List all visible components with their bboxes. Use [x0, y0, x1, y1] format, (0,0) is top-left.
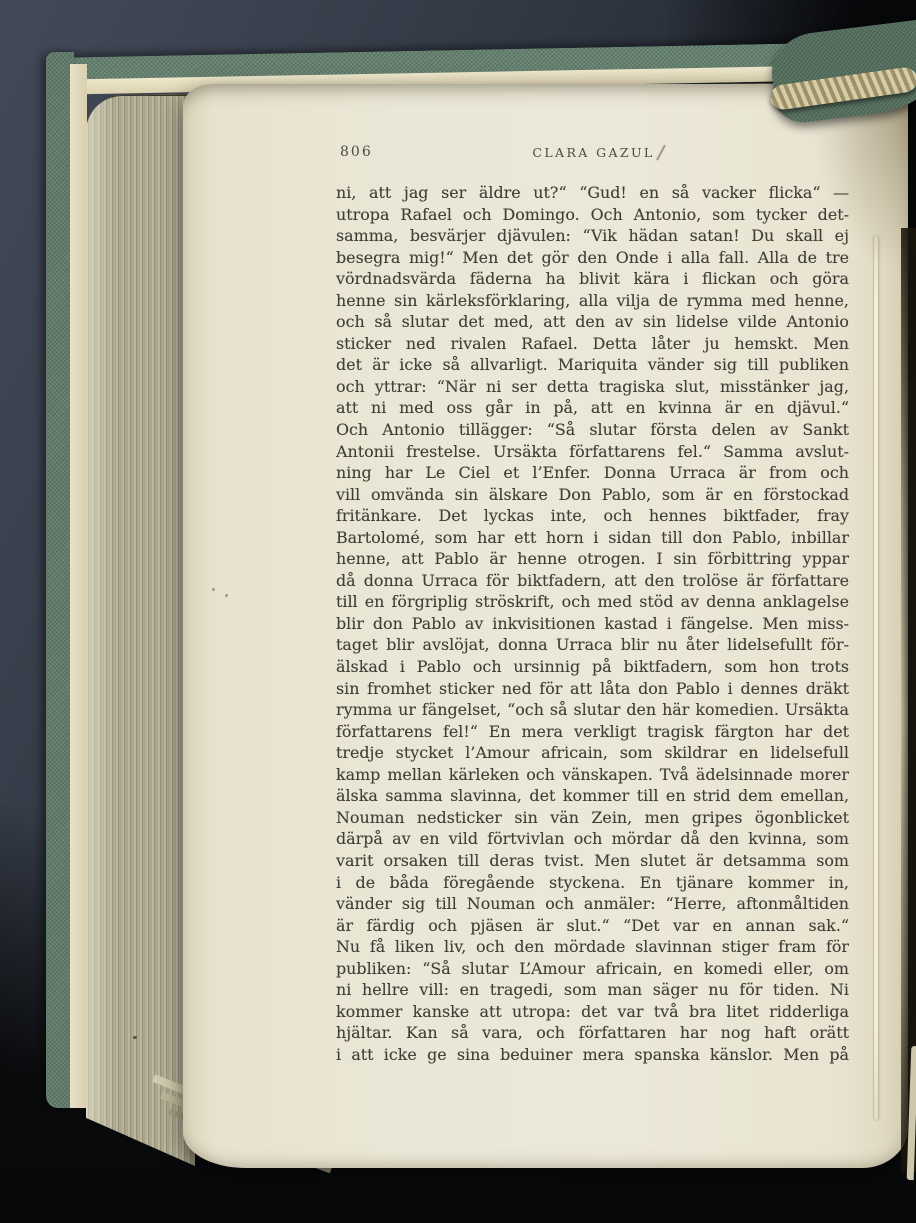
text-line: ning har Le Ciel et l’Enfer. Donna Urrac…: [336, 462, 849, 484]
text-line: Bartolomé, som har ett horn i sidan till…: [336, 527, 849, 549]
text-line: publiken: “Så slutar L’Amour africain, e…: [336, 958, 849, 980]
text-line: samma, besvärjer djävulen: “Vik hädan sa…: [336, 225, 849, 247]
text-line: till en förgriplig ströskrift, och med s…: [336, 591, 849, 613]
text-line: vill omvända sin älskare Don Pablo, som …: [336, 484, 849, 506]
text-line: Antonii frestelse. Ursäkta författarens …: [336, 441, 849, 463]
text-line: rymma ur fängelset, “och så slutar den h…: [336, 699, 849, 721]
marginal-dot: [212, 588, 215, 591]
text-line: ni, att jag ser äldre ut?“ “Gud! en så v…: [336, 182, 849, 204]
text-line: utropa Rafael och Domingo. Och Antonio, …: [336, 204, 849, 226]
page-header: 806 CLARA GAZUL: [336, 144, 851, 168]
gutter-shadow: [901, 228, 916, 1172]
gutter-crease: [874, 236, 878, 1120]
text-line: är färdig och pjäsen är slut.“ “Det var …: [336, 915, 849, 937]
text-line: Nu få liken liv, och den mördade slavinn…: [336, 936, 849, 958]
text-line: hjältar. Kan så vara, och författaren ha…: [336, 1022, 849, 1044]
endpaper-left-edge: [70, 64, 87, 1108]
page-body-text: ni, att jag ser äldre ut?“ “Gud! en så v…: [336, 182, 849, 1065]
text-line: därpå av en vild förtvivlan och mördar d…: [336, 828, 849, 850]
text-line: vänder sig till Nouman och anmäler: “Her…: [336, 893, 849, 915]
text-line: älska samma slavinna, det kommer till en…: [336, 785, 849, 807]
paper-speck: [133, 1036, 137, 1039]
text-line: författarens fel!“ En mera verkligt trag…: [336, 721, 849, 743]
text-line: henne sin kärleksförklaring, alla vilja …: [336, 290, 849, 312]
text-line: kamp mellan kärleken och vänskapen. Två …: [336, 764, 849, 786]
text-line: sin fromhet sticker ned för att låta don…: [336, 678, 849, 700]
text-line: vördnadsvärda fäderna ha blivit kära i f…: [336, 268, 849, 290]
text-line: då donna Urraca för biktfadern, att den …: [336, 570, 849, 592]
text-line: älskad i Pablo och ursinnig på biktfader…: [336, 656, 849, 678]
marginal-dot: [225, 594, 228, 597]
text-line: tredje stycket l’Amour africain, som ski…: [336, 742, 849, 764]
running-title: CLARA GAZUL: [336, 145, 851, 160]
text-line: Och Antonio tillägger: “Så slutar första…: [336, 419, 849, 441]
text-line: sticker ned rivalen Rafael. Detta låter …: [336, 333, 849, 355]
book-photo-scene: 806 CLARA GAZUL ni, att jag ser äldre ut…: [0, 0, 916, 1223]
text-line: kommer kanske att utropa: det var två br…: [336, 1001, 849, 1023]
text-line: henne, att Pablo är henne otrogen. I sin…: [336, 548, 849, 570]
text-line: i att icke ge sina beduiner mera spanska…: [336, 1044, 849, 1066]
text-line: varit orsaken till deras tvist. Men slut…: [336, 850, 849, 872]
text-line: att ni med oss går in på, att en kvinna …: [336, 397, 849, 419]
text-line: det är icke så allvarligt. Mariquita vän…: [336, 354, 849, 376]
text-line: i de båda föregående styckena. En tjänar…: [336, 872, 849, 894]
text-line: fritänkare. Det lyckas inte, och hennes …: [336, 505, 849, 527]
text-line: besegra mig!“ Men det gör den Onde i all…: [336, 247, 849, 269]
text-line: blir don Pablo av inkvisitionen kastad i…: [336, 613, 849, 635]
text-line: taget blir avslöjat, donna Urraca blir n…: [336, 634, 849, 656]
text-line: Nouman nedsticker sin vän Zein, men grip…: [336, 807, 849, 829]
text-line: och yttrar: “När ni ser detta tragiska s…: [336, 376, 849, 398]
text-line: och så slutar det med, att den av sin li…: [336, 311, 849, 333]
text-line: ni hellre vill: en tragedi, som man säge…: [336, 979, 849, 1001]
page-block-fore-edges: [86, 96, 195, 1166]
